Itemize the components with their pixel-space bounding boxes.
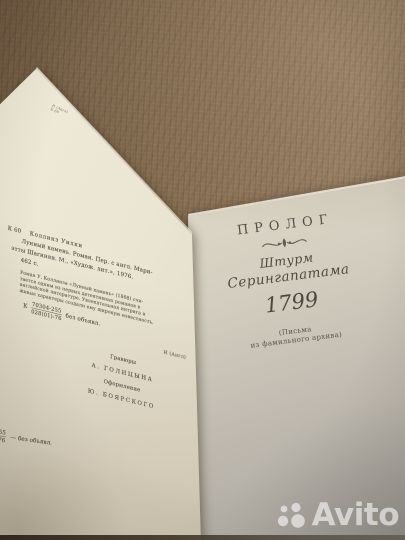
catalog-prefix: К: [23, 301, 28, 311]
fragment-suffix: — без объявл.: [10, 434, 52, 446]
fragment-fraction: 04-255 (01)-76: [0, 427, 7, 444]
book-photo: И (Англ) К 60 К 60 Коллинз Уилки Лунный …: [0, 0, 405, 540]
card-index: К 60: [8, 225, 22, 235]
book-bottom-edge: [0, 535, 405, 540]
prologue-title-block: ПРОЛОГ Штурм Серингапатама 1799 (Письма …: [192, 207, 386, 355]
